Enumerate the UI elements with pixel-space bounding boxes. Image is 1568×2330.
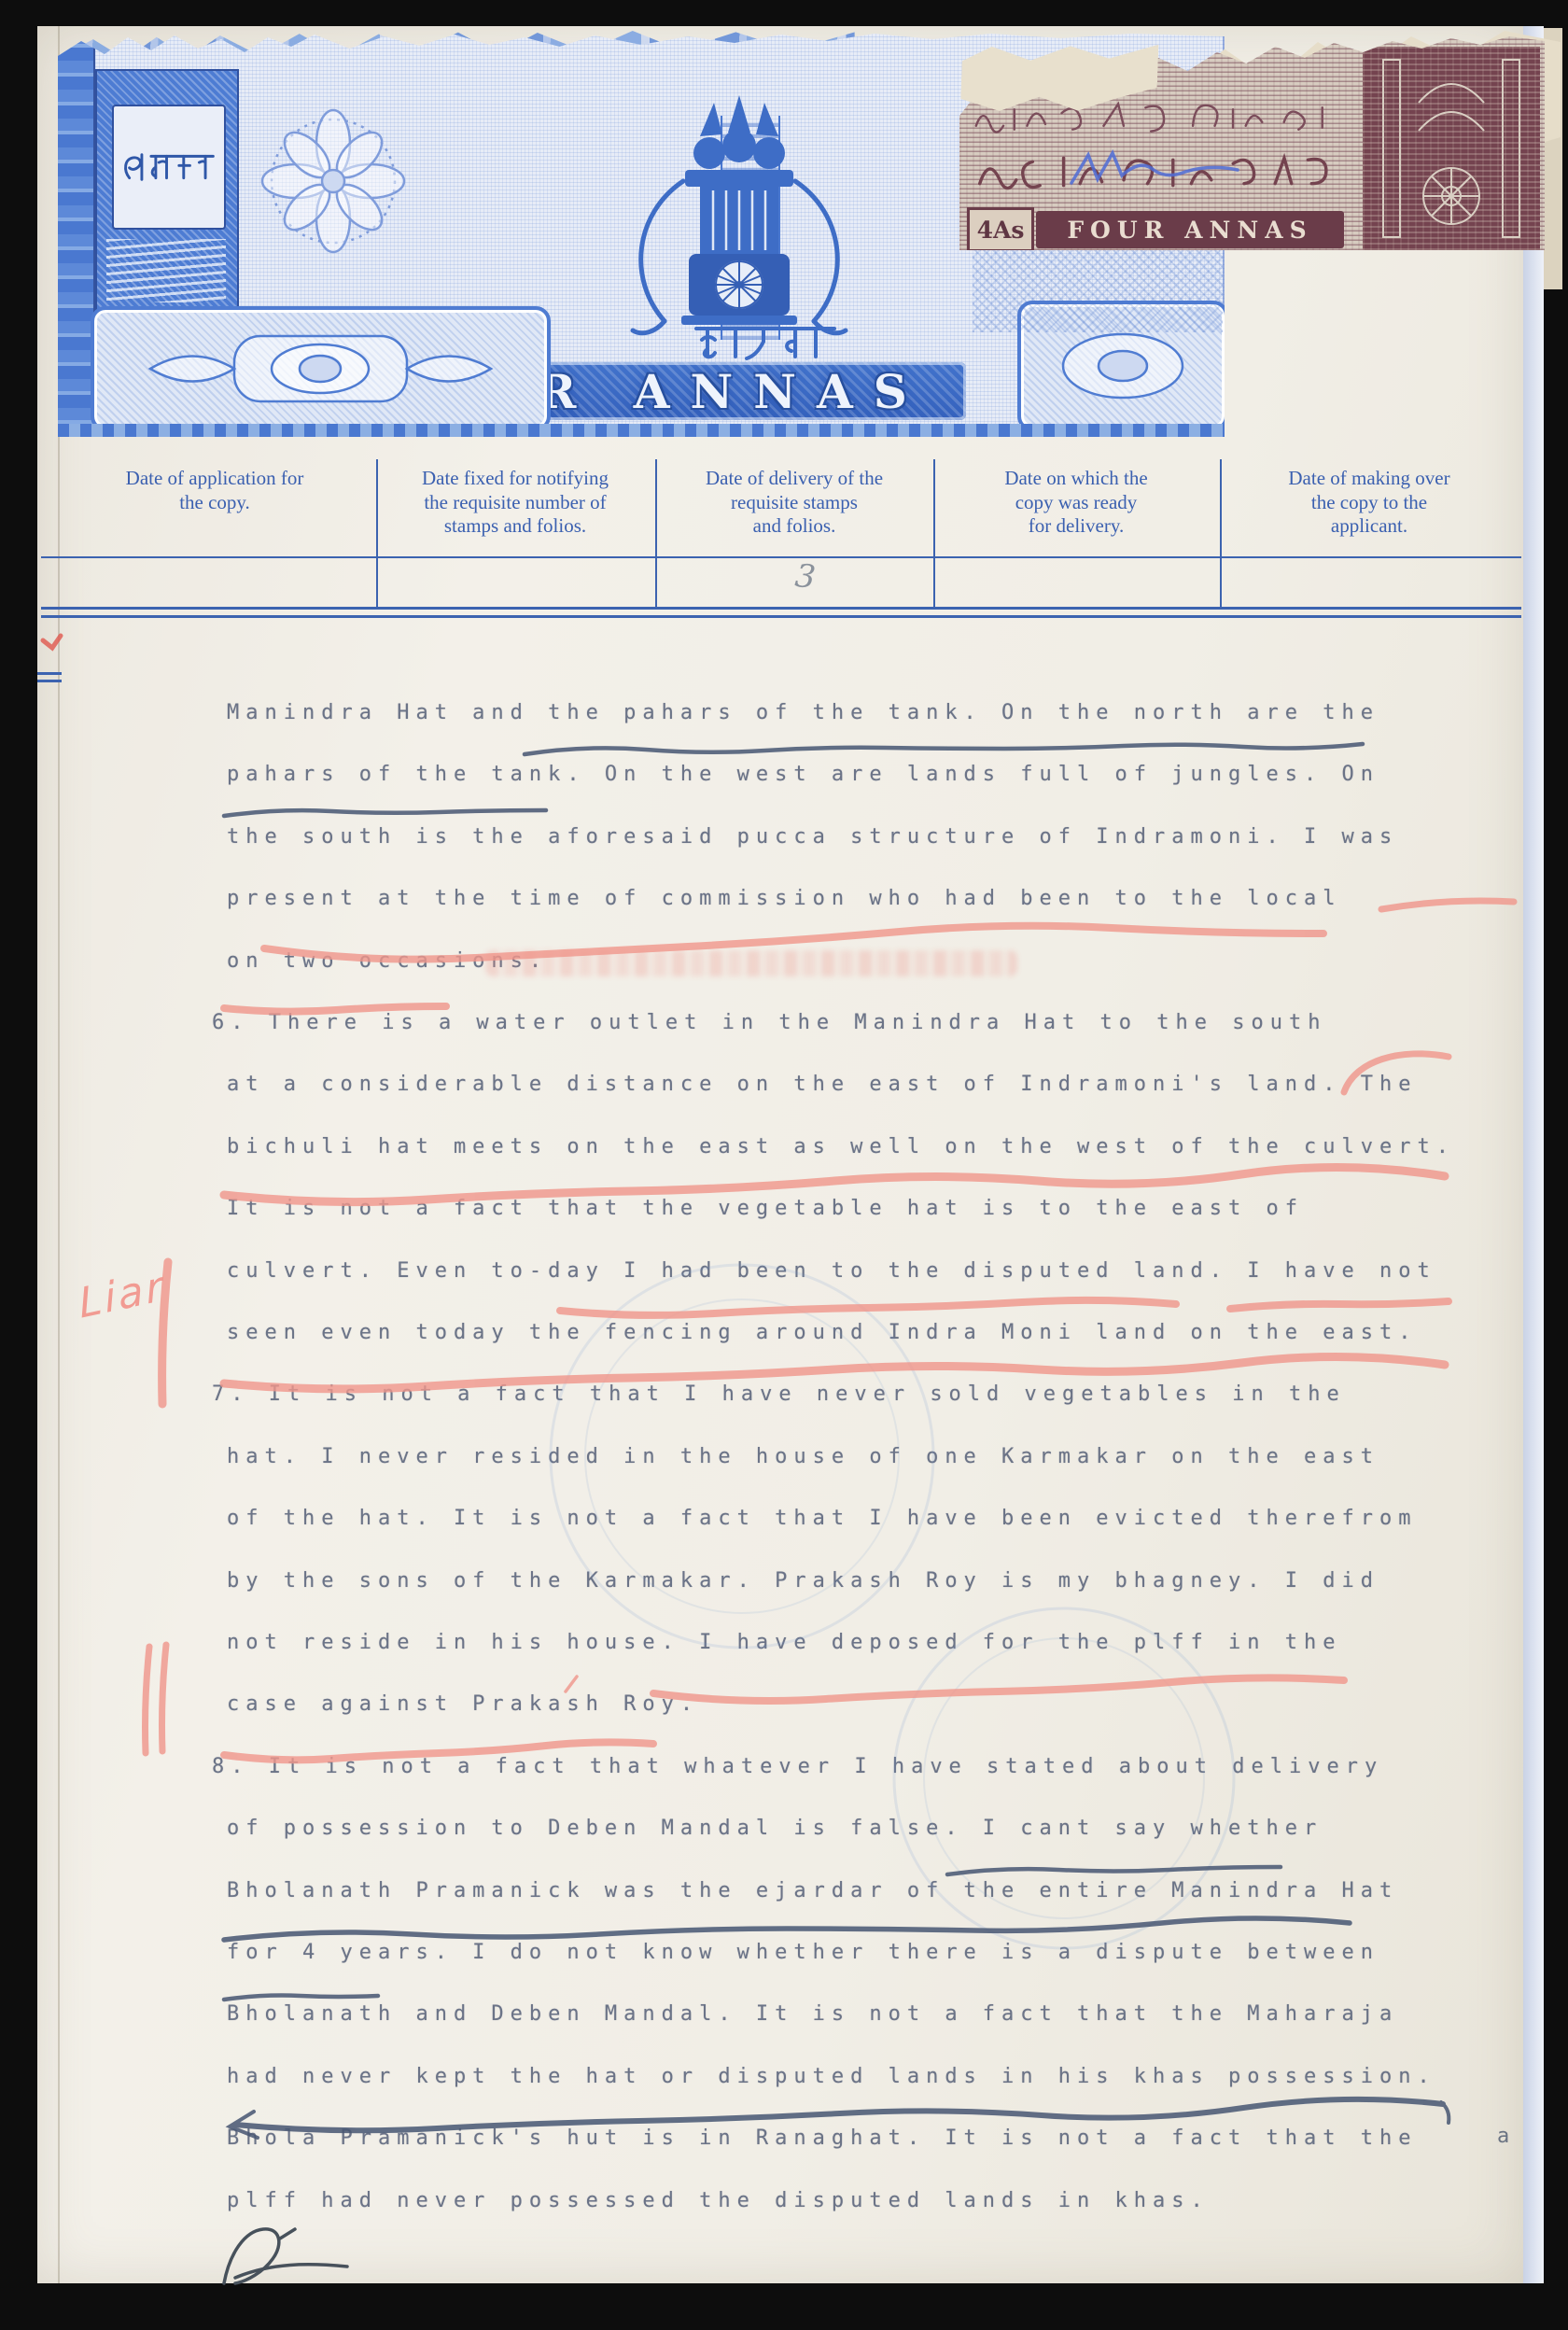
medallion-ornament (94, 310, 547, 428)
table-column-divider (655, 459, 657, 609)
devanagari-4-anna-glyphs (119, 146, 219, 189)
purple-four-annas-band: FOUR ANNAS (1036, 211, 1344, 248)
deposition-line: of the hat. It is not a fact that I have… (227, 1507, 1417, 1530)
devanagari-4-anna-label (112, 105, 226, 230)
page-right-edge (1523, 26, 1544, 2283)
deposition-line: seen even today the fencing around Indra… (227, 1321, 1417, 1344)
bharat-label (691, 319, 840, 364)
dharma-wheel-icon (715, 260, 763, 309)
table-header-copy-ready-date: Date on which the copy was ready for del… (941, 467, 1211, 539)
deposition-line: bichuli hat meets on the east as well on… (227, 1135, 1455, 1158)
stamp-left-panel (95, 69, 239, 314)
edge-overflow-character: a (1497, 2125, 1509, 2148)
devanagari-bharat-glyphs (691, 319, 840, 364)
table-column-divider (933, 459, 935, 609)
deposition-line: plff had never possessed the disputed la… (227, 2189, 1210, 2212)
deposition-line: of possession to Deben Mandal is false. … (227, 1817, 1323, 1840)
deposition-line: Bhola Pramanick's hut is in Ranaghat. It… (227, 2126, 1417, 2150)
deposition-line: Bholanath and Deben Mandal. It is not a … (227, 2002, 1398, 2026)
deposition-line: 8. It is not a fact that whatever I have… (212, 1755, 1383, 1778)
ashoka-pillar-emblem (581, 60, 898, 349)
table-header-making-over-date: Date of making over the copy to the appl… (1225, 467, 1514, 539)
stamp-border-ornament (58, 32, 95, 437)
rosette-ornament (254, 102, 413, 260)
deposition-line: pahars of the tank. On the west are land… (227, 763, 1379, 786)
deposition-line: hat. I never resided in the house of one… (227, 1445, 1379, 1468)
table-column-divider (376, 459, 378, 609)
table-rule-double-bottom (41, 615, 1521, 618)
strip-rule-fragment (37, 680, 62, 682)
deposition-line: by the sons of the Karmakar. Prakash Roy… (227, 1569, 1379, 1593)
deposition-line: the south is the aforesaid pucca structu… (227, 825, 1398, 849)
deposition-line: 7. It is not a fact that I have never so… (212, 1383, 1346, 1406)
deposition-line: not reside in his house. I have deposed … (227, 1631, 1341, 1654)
wave-pattern (106, 239, 226, 302)
left-ornament-box (91, 306, 551, 431)
value-code-box: 4As (967, 207, 1034, 252)
ink-transfer-ghost (485, 950, 1017, 976)
table-rule-double-top (41, 607, 1521, 610)
strip-rule-fragment (37, 672, 62, 675)
table-column-divider (1220, 459, 1222, 609)
table-header-delivery-stamps-date: Date of delivery of the requisite stamps… (664, 467, 925, 539)
deposition-line: culvert. Even to-day I had been to the d… (227, 1259, 1436, 1283)
deposition-line: Bholanath Pramanick was the ejardar of t… (227, 1879, 1398, 1902)
table-header-application-date: Date of application for the copy. (75, 467, 355, 514)
wheel-ornament (1363, 47, 1540, 250)
deposition-line: had never kept the hat or disputed lands… (227, 2065, 1436, 2088)
deposition-line: It is not a fact that the vegetable hat … (227, 1197, 1304, 1220)
indic-script-row-large (969, 142, 1361, 200)
stamp-bottom-border (58, 424, 1225, 437)
handwritten-folio-count: 3 (793, 557, 818, 597)
deposition-line: Manindra Hat and the pahars of the tank.… (227, 701, 1379, 724)
deposition-line: case against Prakash Roy. (227, 1692, 699, 1716)
table-header-fixed-date: Date fixed for notifying the requisite n… (385, 467, 646, 539)
deposition-line: present at the time of commission who ha… (227, 887, 1341, 910)
chariot-ornament-panel (1363, 47, 1540, 250)
scanned-document-photo: FOUR ANNAS (0, 0, 1568, 2330)
table-rule (41, 556, 1521, 558)
deposition-line: 6. There is a water outlet in the Manind… (212, 1011, 1326, 1034)
deposition-line: at a considerable distance on the east o… (227, 1073, 1417, 1096)
deposition-line: for 4 years. I do not know whether there… (227, 1941, 1379, 1964)
